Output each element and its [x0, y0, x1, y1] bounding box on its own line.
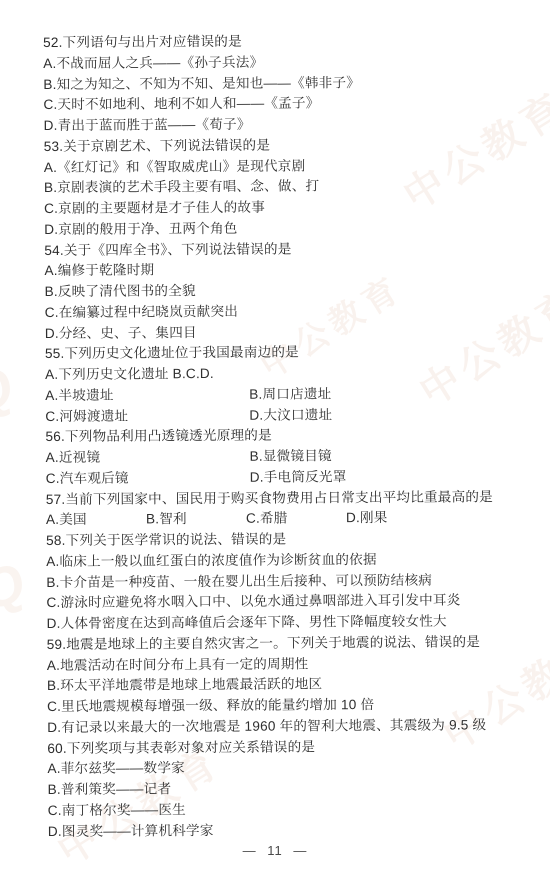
document-page: 中公教育 中公教育 中公教育 中公教育 中公教育 Q Q 52.下列语句与出片对… [0, 0, 550, 873]
question-59-option-row: B.环太平洋地震带是地球上地震最活跃的地区 [47, 673, 525, 697]
option: C.游泳时应避免将水咽入口中、以免水通过鼻咽部进入耳引发中耳炎 [46, 591, 460, 614]
option: B.反映了清代图书的全貌 [45, 281, 196, 303]
option: A.下列历史文化遗址 B.C.D. [45, 364, 214, 386]
option: B.环太平洋地震带是地球上地震最活跃的地区 [47, 675, 322, 697]
option: D.分经、史、子、集四目 [45, 323, 197, 345]
option: B.显微镜目镜 [250, 445, 454, 467]
option: D.人体骨密度在达到高峰值后会逐年下降、男性下降幅度较女性大 [47, 612, 447, 635]
question-55-option-row: A.下列历史文化遗址 B.C.D. [45, 362, 523, 386]
option: D.京剧的般用于净、丑两个角色 [44, 219, 237, 241]
option: C.南丁格尔奖——医生 [48, 800, 186, 822]
question-57-stem: 57.当前下列国家中、国民用于购买食物费用占日常支出平均比重最高的是 [46, 487, 524, 511]
option: A.不战而屈人之兵——《孙子兵法》 [43, 52, 263, 74]
question-52-stem: 52.下列语句与出片对应错误的是 [43, 30, 521, 54]
scanned-exam-page: { "colors": { "text": "#2f2f2f", "backgr… [0, 0, 550, 873]
option: C.里氏地震规模每增强一级、释放的能量约增加 10 倍 [47, 695, 374, 718]
question-54-option-row: D.分经、史、子、集四目 [45, 321, 523, 345]
question-53-option-row: D.京剧的般用于净、丑两个角色 [44, 217, 522, 241]
question-60-option-row: C.南丁格尔奖——医生 [48, 798, 526, 822]
option: C.河姆渡遗址 [45, 405, 249, 427]
question-60-stem: 60.下列奖项与其表彰对象对应关系错误的是 [47, 736, 525, 760]
question-59-option-row: A.地震活动在时间分布上具有一定的周期性 [47, 653, 525, 677]
option: A.菲尔兹奖——数学家 [47, 758, 185, 780]
option: D.图灵奖——计算机科学家 [48, 820, 214, 842]
question-59-stem: 59.地震是地球上的主要自然灾害之一。下列关于地震的说法、错误的是 [47, 632, 525, 656]
option: C.在编纂过程中纪晓岚贡献突出 [45, 302, 238, 324]
option: A.美国 [46, 510, 146, 531]
question-60-option-row: A.菲尔兹奖——数学家 [47, 756, 525, 780]
question-55-stem: 55.下列历史文化遗址位于我国最南边的是 [45, 341, 523, 365]
question-60-option-row: B.普利策奖——记者 [48, 777, 526, 801]
question-54-option-row: A.编修于乾隆时期 [44, 258, 522, 282]
question-59-option-row: D.有记录以来最大的一次地震是 1960 年的智利大地震、其震级为 9.5 级 [47, 715, 525, 739]
question-list: 52.下列语句与出片对应错误的是A.不战而屈人之兵——《孙子兵法》B.知之为知之… [43, 30, 526, 842]
question-58-stem: 58.下列关于医学常识的说法、错误的是 [46, 528, 524, 552]
option: B.知之为知之、不知为不知、是知也——《韩非子》 [43, 73, 360, 96]
option: A.半坡遗址 [45, 384, 249, 406]
option: A.近视镜 [46, 447, 250, 469]
option: A.编修于乾隆时期 [44, 261, 154, 282]
option: B.周口店遗址 [249, 383, 453, 405]
option: A.《红灯记》和《智取威虎山》是现代京剧 [44, 156, 306, 178]
option: B.卡介苗是一种疫苗、一般在婴儿出生后接种、可以预防结核病 [46, 570, 432, 593]
question-52-option-row: C.天时不如地利、地利不如人和——《孟子》 [43, 92, 521, 116]
question-54-option-row: C.在编纂过程中纪晓岚贡献突出 [45, 300, 523, 324]
question-58-option-row: C.游泳时应避免将水咽入口中、以免水通过鼻咽部进入耳引发中耳炎 [46, 590, 524, 614]
option: B.普利策奖——记者 [48, 779, 172, 801]
page-number: — 11 — [0, 843, 550, 858]
option: B.京剧表演的艺术手段主要有唱、念、做、打 [44, 177, 319, 199]
question-59-option-row: C.里氏地震规模每增强一级、释放的能量约增加 10 倍 [47, 694, 525, 718]
question-55-option-row: C.河姆渡遗址D.大汶口遗址 [45, 404, 523, 428]
watermark-logo-glyph: Q [0, 355, 21, 428]
question-56-option-row: A.近视镜B.显微镜目镜 [46, 445, 524, 469]
option: B.智利 [146, 509, 246, 530]
question-52-option-row: D.青出于蓝而胜于蓝——《荀子》 [44, 113, 522, 137]
watermark-logo-glyph: Q [0, 551, 33, 624]
question-53-option-row: B.京剧表演的艺术手段主要有唱、念、做、打 [44, 175, 522, 199]
option: C.希腊 [246, 508, 346, 529]
question-52-option-row: A.不战而屈人之兵——《孙子兵法》 [43, 51, 521, 75]
option: C.汽车观后镜 [46, 467, 250, 489]
question-54-stem: 54.关于《四库全书》、下列说法错误的是 [44, 238, 522, 262]
question-58-option-row: B.卡介苗是一种疫苗、一般在婴儿出生后接种、可以预防结核病 [46, 570, 524, 594]
option: A.地震活动在时间分布上具有一定的周期性 [47, 654, 309, 676]
question-53-option-row: A.《红灯记》和《智取威虎山》是现代京剧 [44, 155, 522, 179]
option: C.天时不如地利、地利不如人和——《孟子》 [43, 94, 319, 116]
question-58-option-row: D.人体骨密度在达到高峰值后会逐年下降、男性下降幅度较女性大 [47, 611, 525, 635]
question-52-option-row: B.知之为知之、不知为不知、是知也——《韩非子》 [43, 72, 521, 96]
question-56-option-row: C.汽车观后镜D.手电筒反光罩 [46, 466, 524, 490]
option: D.有记录以来最大的一次地震是 1960 年的智利大地震、其震级为 9.5 级 [47, 715, 486, 738]
option: D.手电筒反光罩 [250, 466, 454, 488]
question-58-option-row: A.临床上一般以血红蛋白的浓度值作为诊断贫血的依据 [46, 549, 524, 573]
option: A.临床上一般以血红蛋白的浓度值作为诊断贫血的依据 [46, 550, 377, 573]
question-53-stem: 53.关于京剧艺术、下列说法错误的是 [44, 134, 522, 158]
option: C.京剧的主要题材是才子佳人的故事 [44, 198, 265, 220]
question-57-option-row: A.美国B.智利C.希腊D.刚果 [46, 507, 524, 531]
option: D.刚果 [346, 508, 446, 529]
question-60-option-row: D.图灵奖——计算机科学家 [48, 819, 526, 843]
option: D.青出于蓝而胜于蓝——《荀子》 [44, 115, 251, 137]
question-54-option-row: B.反映了清代图书的全貌 [45, 279, 523, 303]
option: D.大汶口遗址 [249, 404, 453, 426]
question-56-stem: 56.下列物品利用凸透镜透光原理的是 [45, 424, 523, 448]
question-53-option-row: C.京剧的主要题材是才子佳人的故事 [44, 196, 522, 220]
question-55-option-row: A.半坡遗址B.周口店遗址 [45, 383, 523, 407]
